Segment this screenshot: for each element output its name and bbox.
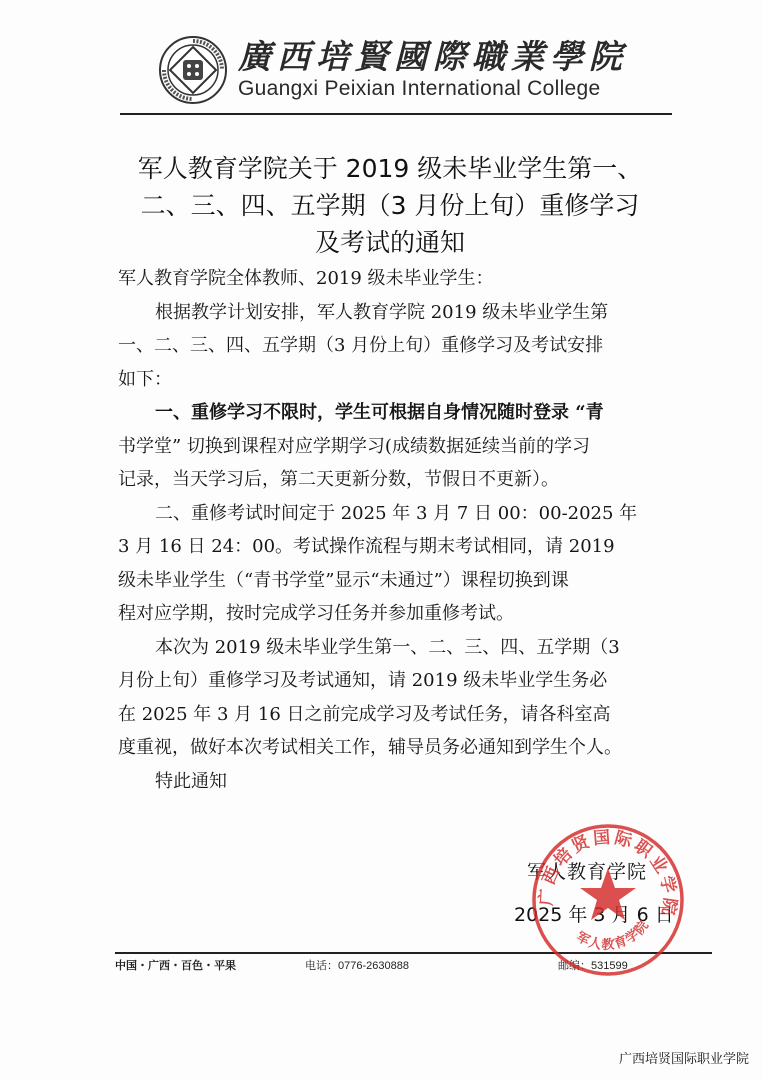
college-emblem-icon — [158, 35, 228, 105]
header-divider — [120, 113, 672, 115]
item-1-paragraph: 一、重修学习不限时，学生可根据自身情况随时登录 “青 书学堂” 切换到课程对应学… — [118, 396, 678, 497]
sign-off: 特此通知 — [118, 765, 678, 799]
document-page: 廣西培賢國際職業學院 Guangxi Peixian International… — [0, 0, 763, 1080]
footer-address: 中国・广西・百色・平果 — [115, 957, 236, 973]
salutation: 军人教育学院全体教师、2019 级未毕业学生： — [118, 262, 678, 296]
intro-paragraph: 根据教学计划安排，军人教育学院 2019 级未毕业学生第 一、二、三、四、五学期… — [118, 296, 678, 397]
signature-org: 军人教育学院 — [527, 857, 647, 884]
signature-date: 2025 年 3 月 6 日 — [514, 900, 674, 927]
notice-title: 军人教育学院关于 2019 级未毕业学生第一、 二、三、四、五学期（3 月份上旬… — [90, 150, 690, 261]
closing-paragraph: 本次为 2019 级未毕业学生第一、二、三、四、五学期（3 月份上旬）重修学习及… — [118, 631, 678, 765]
item-1-lead: 一、重修学习不限时， — [155, 402, 335, 423]
footer-divider — [115, 952, 712, 954]
notice-body: 军人教育学院全体教师、2019 级未毕业学生： 根据教学计划安排，军人教育学院 … — [118, 262, 678, 798]
footer-postcode: 邮编：531599 — [558, 957, 628, 973]
college-name-en: Guangxi Peixian International College — [238, 76, 628, 102]
title-line: 二、三、四、五学期（3 月份上旬）重修学习 — [90, 187, 690, 224]
source-caption: 广西培贤国际职业学院 — [619, 1048, 749, 1067]
title-line: 及考试的通知 — [90, 224, 690, 261]
footer-phone: 电话：0776-2630888 — [305, 957, 409, 973]
item-2-paragraph: 二、重修考试时间定于 2025 年 3 月 7 日 00：00-2025 年 3… — [118, 497, 678, 631]
letterhead: 廣西培賢國際職業學院 Guangxi Peixian International… — [158, 32, 628, 108]
title-line: 军人教育学院关于 2019 级未毕业学生第一、 — [90, 150, 690, 187]
college-name-cn: 廣西培賢國際職業學院 — [238, 38, 628, 76]
